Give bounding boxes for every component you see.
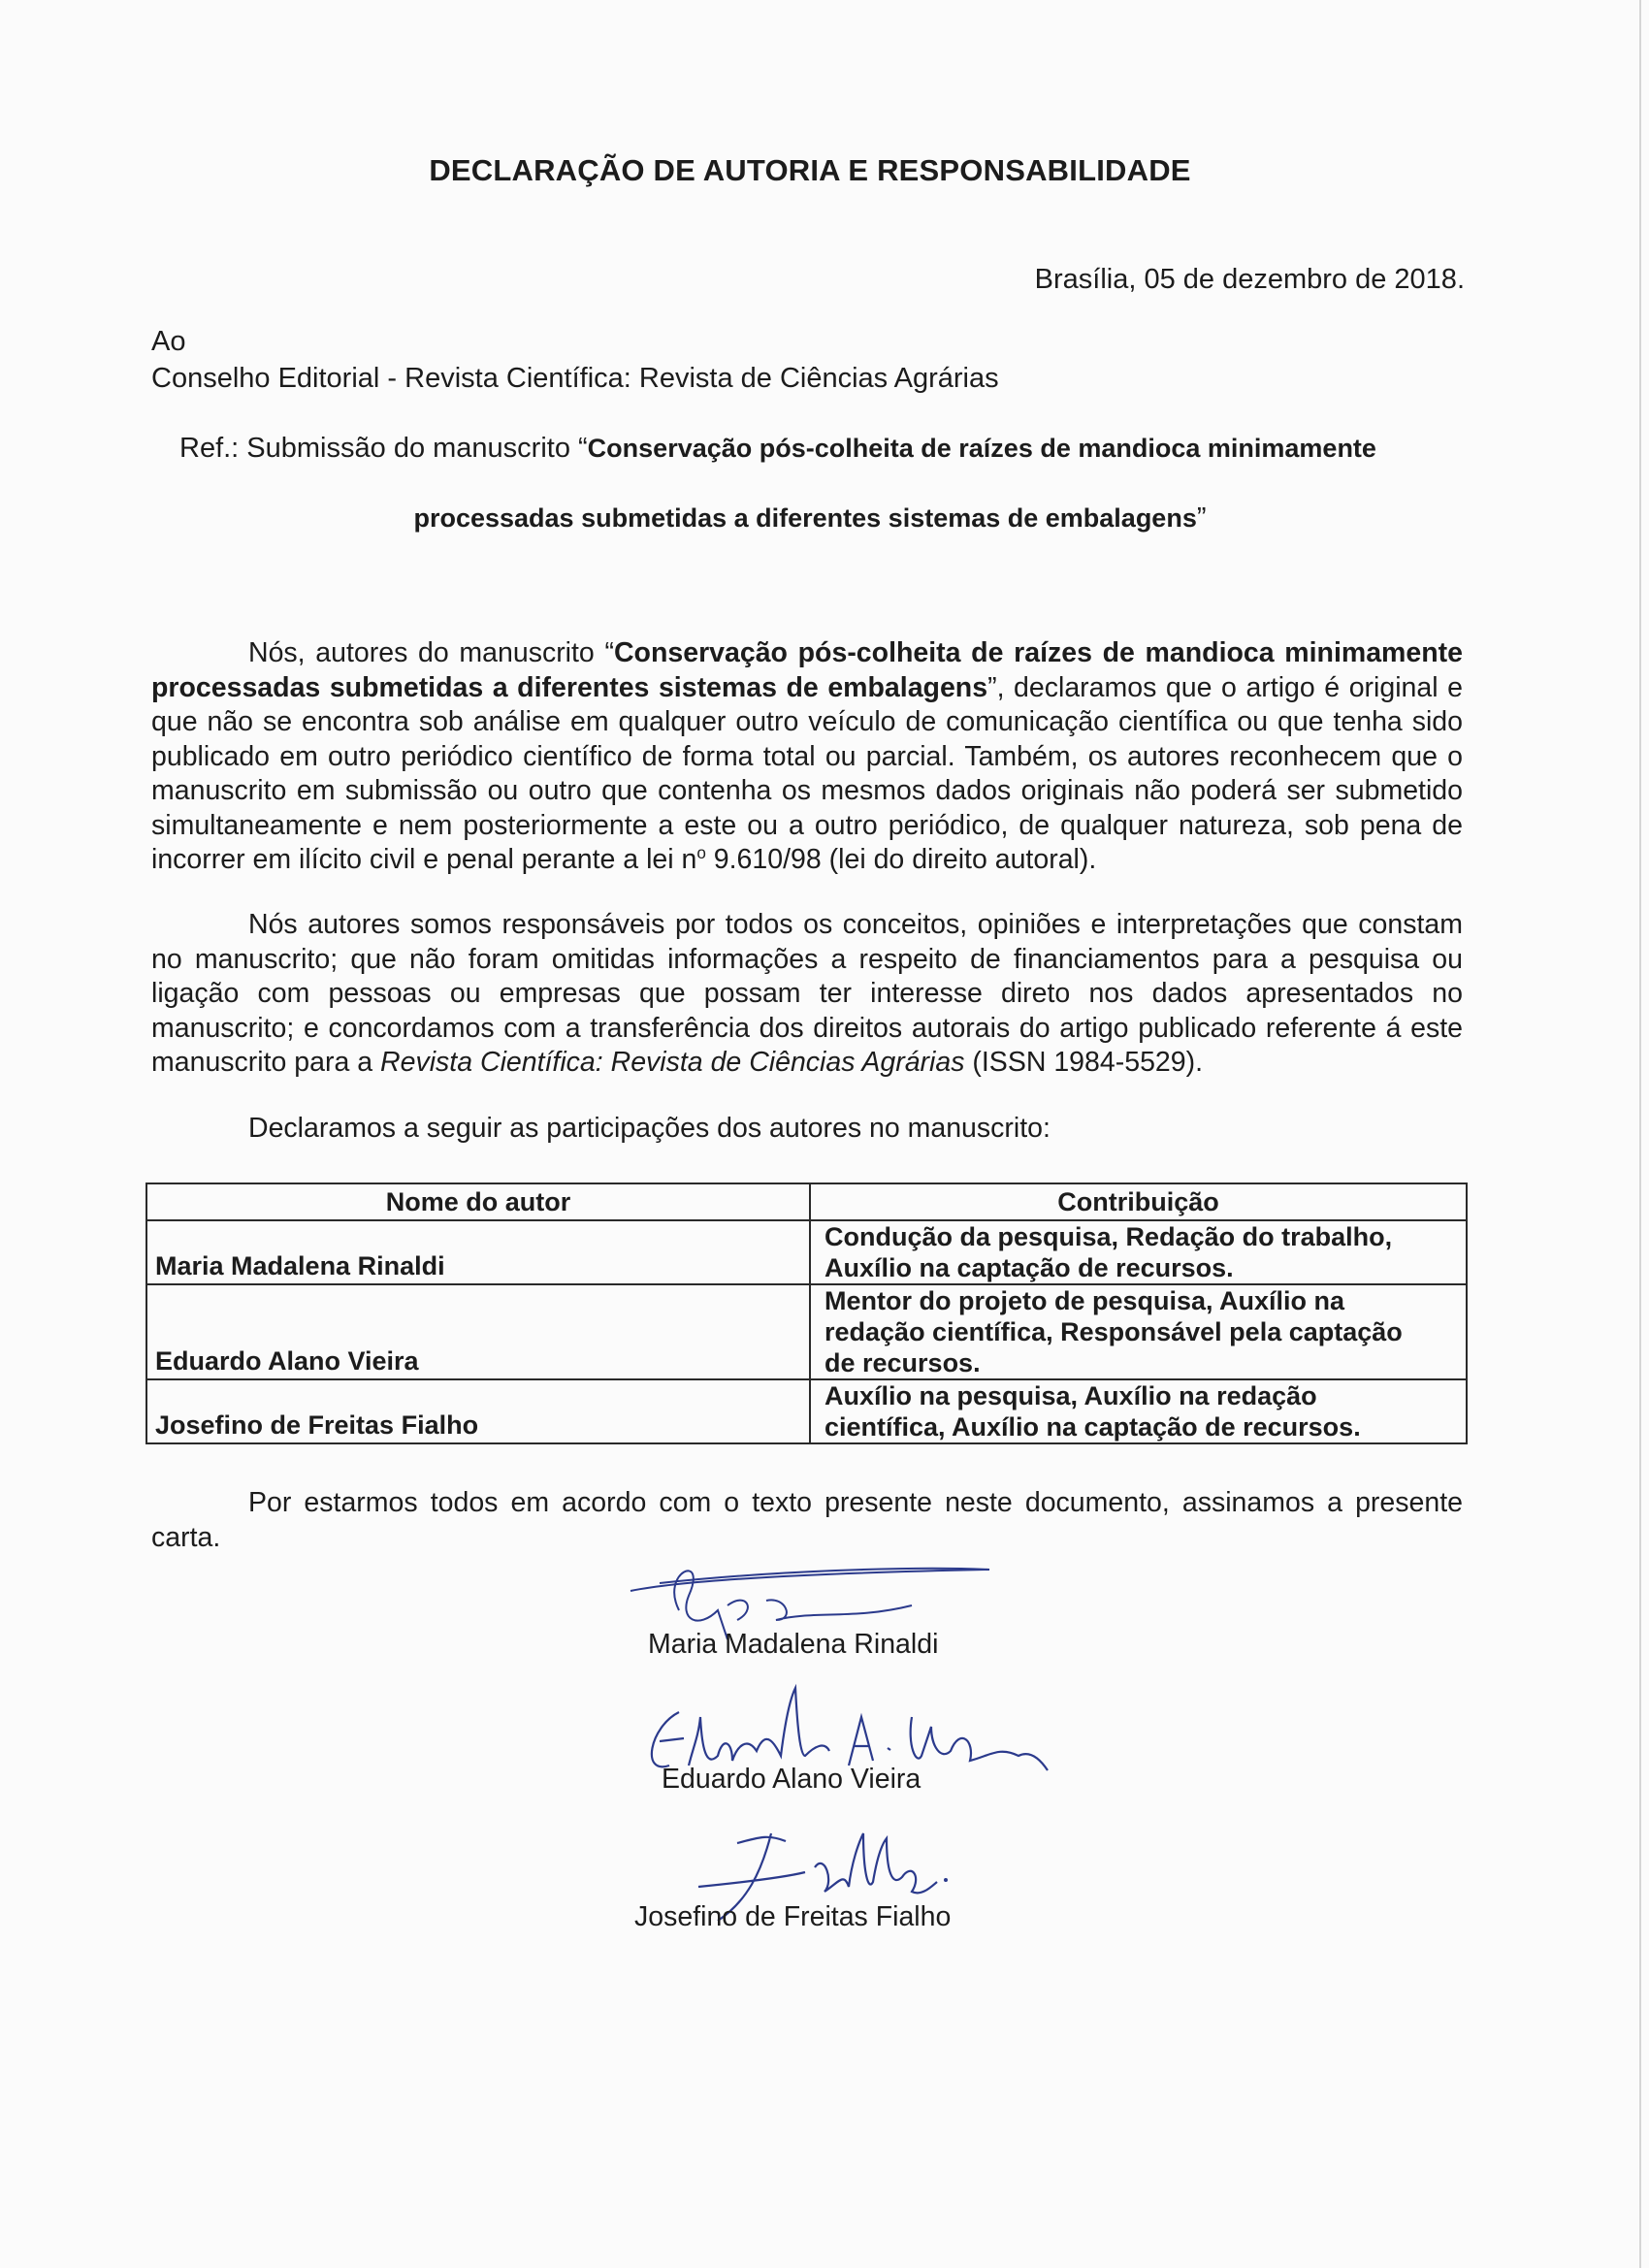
date-line: Brasília, 05 de dezembro de 2018. [1035, 264, 1465, 296]
author-name-cell: Eduardo Alano Vieira [146, 1284, 810, 1379]
p2-text-b: (ISSN 1984-5529). [964, 1047, 1203, 1078]
recipient-line-1: Ao [151, 326, 185, 358]
signatory-name-2: Eduardo Alano Vieira [662, 1764, 921, 1796]
contribution-line: Auxílio na captação de recursos. [824, 1252, 1458, 1283]
signatory-name-3: Josefino de Freitas Fialho [634, 1901, 951, 1933]
ref-title-part1: Conservação pós-colheita de raízes de ma… [588, 434, 1376, 463]
closing-paragraph: Por estarmos todos em acordo com o texto… [151, 1486, 1463, 1555]
author-name-cell: Josefino de Freitas Fialho [146, 1379, 810, 1443]
contribution-line: de recursos. [824, 1347, 1458, 1378]
ref-prefix: Ref.: Submissão do manuscrito “ [179, 433, 588, 464]
reference-line-2: processadas submetidas a diferentes sist… [0, 502, 1620, 535]
p1-superscript: o [696, 844, 706, 862]
contribution-line: Mentor do projeto de pesquisa, Auxílio n… [824, 1285, 1458, 1316]
paragraph-participation: Declaramos a seguir as participações dos… [151, 1112, 1463, 1147]
contribution-cell: Mentor do projeto de pesquisa, Auxílio n… [810, 1284, 1467, 1379]
signatory-name-1: Maria Madalena Rinaldi [648, 1629, 938, 1661]
reference-line-1: Ref.: Submissão do manuscrito “Conservaç… [179, 433, 1376, 465]
header-author-name: Nome do autor [146, 1183, 810, 1220]
contribution-line: redação científica, Responsável pela cap… [824, 1316, 1458, 1347]
authors-table: Nome do autor Contribuição Maria Madalen… [145, 1183, 1468, 1444]
author-name-cell: Maria Madalena Rinaldi [146, 1220, 810, 1284]
signature-maria [621, 1552, 1009, 1639]
table-row: Maria Madalena RinaldiCondução da pesqui… [146, 1220, 1467, 1284]
contribution-cell: Auxílio na pesquisa, Auxílio na redaçãoc… [810, 1379, 1467, 1443]
table-row: Josefino de Freitas FialhoAuxílio na pes… [146, 1379, 1467, 1443]
document-title: DECLARAÇÃO DE AUTORIA E RESPONSABILIDADE [0, 153, 1620, 188]
document-page: DECLARAÇÃO DE AUTORIA E RESPONSABILIDADE… [0, 0, 1649, 2268]
recipient-line-2: Conselho Editorial - Revista Científica:… [151, 363, 999, 395]
contribution-line: Condução da pesquisa, Redação do trabalh… [824, 1221, 1458, 1252]
p2-journal-name: Revista Científica: Revista de Ciências … [380, 1047, 964, 1078]
contribution-line: científica, Auxílio na captação de recur… [824, 1411, 1458, 1442]
p1-lead: Nós, autores do manuscrito “ [248, 637, 614, 668]
table-header-row: Nome do autor Contribuição [146, 1183, 1467, 1220]
table-row: Eduardo Alano VieiraMentor do projeto de… [146, 1284, 1467, 1379]
contribution-cell: Condução da pesquisa, Redação do trabalh… [810, 1220, 1467, 1284]
ref-suffix: ” [1197, 502, 1207, 534]
paragraph-responsibility: Nós autores somos responsáveis por todos… [151, 908, 1463, 1081]
paragraph-originality: Nós, autores do manuscrito “Conservação … [151, 636, 1463, 878]
ref-title-part2: processadas submetidas a diferentes sist… [413, 503, 1196, 533]
p1-text-b: 9.610/98 (lei do direito autoral). [706, 844, 1096, 875]
contribution-line: Auxílio na pesquisa, Auxílio na redação [824, 1380, 1458, 1411]
header-contribution: Contribuição [810, 1183, 1467, 1220]
page-edge [1639, 0, 1641, 2268]
